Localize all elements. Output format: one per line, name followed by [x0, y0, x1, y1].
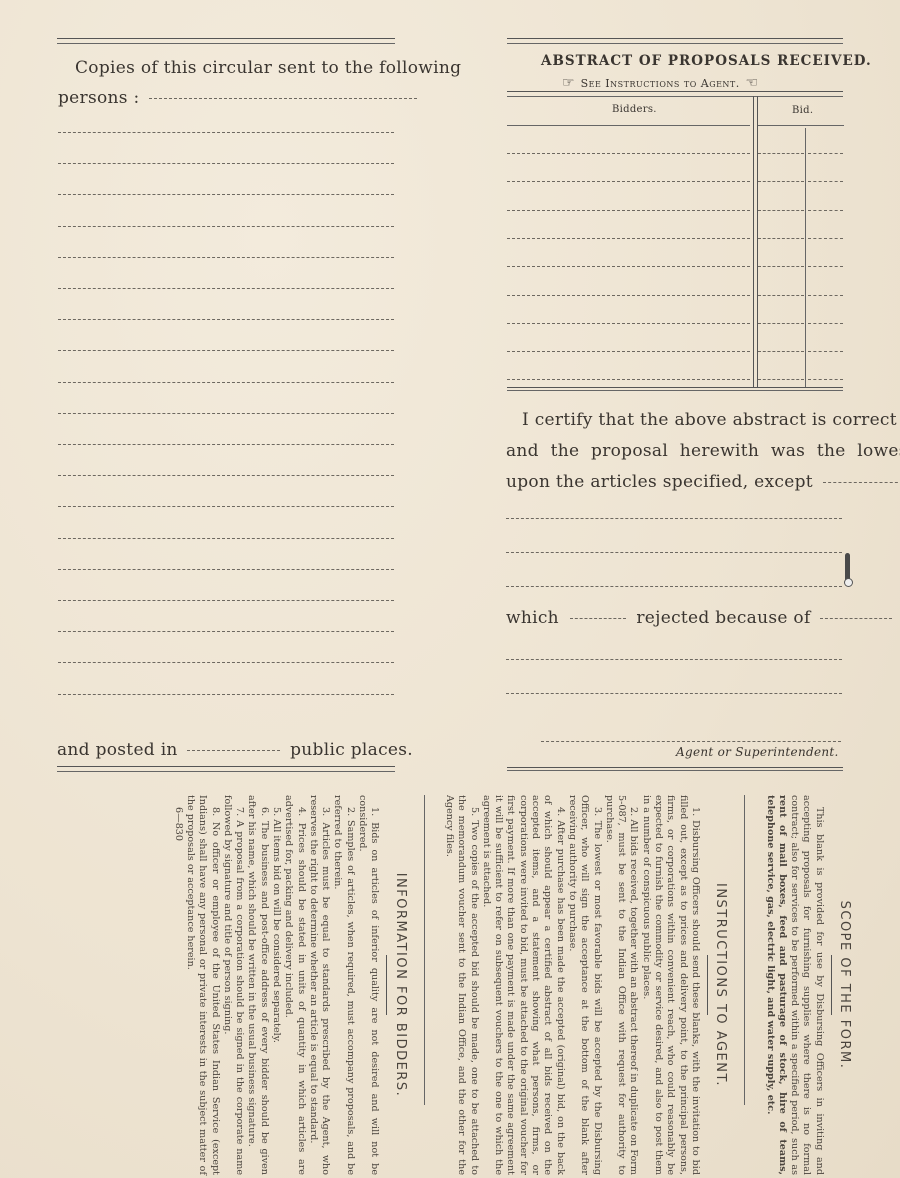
- bid-dollars-line[interactable]: [758, 210, 804, 211]
- bidder-info-item: 3. Articles must be equal to standards p…: [307, 795, 332, 1175]
- instruction-item: 2. All bids received, together with an a…: [603, 795, 640, 1175]
- copies-heading: Copies of this circular sent to the foll…: [75, 58, 461, 78]
- table-top-rule: [507, 91, 843, 97]
- top-rule-left: [57, 38, 395, 44]
- instruction-item: 3. The lowest or most favorable bids wil…: [566, 795, 603, 1175]
- bid-dollars-line[interactable]: [758, 181, 804, 182]
- bidder-info-item: 5. All items bid on will be considered s…: [270, 795, 282, 1175]
- except-line-2[interactable]: [506, 518, 842, 519]
- instruction-item: 5. Two copies of the accepted bid should…: [443, 795, 480, 1175]
- header-underline-bid: [758, 125, 844, 126]
- bidder-entry-line[interactable]: [507, 210, 750, 211]
- bidder-entry-line[interactable]: [507, 295, 750, 296]
- signature-line[interactable]: [541, 741, 841, 742]
- see-instructions-text: See Instructions to Agent.: [581, 77, 740, 90]
- bid-cents-line[interactable]: [808, 210, 843, 211]
- bid-cents-line[interactable]: [808, 351, 843, 352]
- signature-label: Agent or Superintendent.: [676, 745, 839, 759]
- scope-title: SCOPE OF THE FORM.: [838, 795, 850, 1175]
- bidder-info-item: 2. Samples of articles, when required, m…: [331, 795, 356, 1175]
- bidder-info-item: 7. A proposal from a corporation should …: [221, 795, 246, 1175]
- persons-blank-line[interactable]: [58, 538, 394, 539]
- instruction-item: 1. Disbursing Officers should send these…: [639, 795, 700, 1175]
- bidder-entry-line[interactable]: [507, 238, 750, 239]
- bidder-info-item: 8. No officer or employee of the United …: [184, 795, 221, 1175]
- persons-field[interactable]: [149, 98, 417, 99]
- header-underline-bidders: [507, 125, 750, 126]
- except-line-4[interactable]: [506, 586, 842, 587]
- bid-dollars-line[interactable]: [758, 153, 804, 154]
- form-number: 6—830: [171, 795, 183, 1175]
- posted-line: and posted in public places.: [57, 740, 413, 760]
- except-line-3[interactable]: [506, 552, 842, 553]
- document-page: Copies of this circular sent to the foll…: [0, 0, 900, 1178]
- except-field[interactable]: [823, 482, 900, 483]
- instructions-rule: [707, 955, 708, 1015]
- bidder-info-item: 4. Prices should be stated in units of q…: [282, 795, 307, 1175]
- bidder-info-item: 1. Bids on articles of inferior quality …: [356, 795, 381, 1175]
- persons-blank-line[interactable]: [58, 662, 394, 663]
- pointing-hand-right-icon: ☞: [562, 75, 575, 91]
- bid-cents-line[interactable]: [808, 238, 843, 239]
- persons-blank-line[interactable]: [58, 600, 394, 601]
- bidders-info-rule: [386, 955, 387, 1015]
- bid-cents-line[interactable]: [808, 266, 843, 267]
- persons-blank-line[interactable]: [58, 413, 394, 414]
- table-bottom-rule: [507, 387, 843, 391]
- persons-blank-line[interactable]: [58, 163, 394, 164]
- instructions-list: 1. Disbursing Officers should send these…: [443, 795, 701, 1175]
- top-rule-right: [507, 38, 843, 44]
- instructions-section: INSTRUCTIONS TO AGENT. 1. Disbursing Off…: [443, 795, 727, 1175]
- scope-body: This blank is provided for use by Disbur…: [763, 795, 824, 1175]
- bid-dollars-line[interactable]: [758, 379, 804, 380]
- bid-dollars-line[interactable]: [758, 238, 804, 239]
- bid-subdivider: [805, 128, 806, 388]
- abstract-title: ABSTRACT OF PROPOSALS RECEIVED.: [541, 53, 872, 69]
- bid-cents-line[interactable]: [808, 295, 843, 296]
- reason-line-2[interactable]: [506, 659, 842, 660]
- bid-cents-line[interactable]: [808, 181, 843, 182]
- which-line: which rejected because of: [506, 608, 892, 628]
- bidder-info-item: 6. The business and post-office address …: [245, 795, 270, 1175]
- persons-blank-line[interactable]: [58, 569, 394, 570]
- persons-blank-line[interactable]: [58, 382, 394, 383]
- persons-blank-line[interactable]: [58, 319, 394, 320]
- persons-blank-line[interactable]: [58, 288, 394, 289]
- rejected-reason-field[interactable]: [820, 618, 892, 619]
- bid-dollars-line[interactable]: [758, 351, 804, 352]
- abstract-subtitle: ☞ See Instructions to Agent. ☜: [562, 72, 758, 92]
- bidders-info-section: INFORMATION FOR BIDDERS. 1. Bids on arti…: [171, 795, 405, 1175]
- bid-cents-line[interactable]: [808, 323, 843, 324]
- instructions-title: INSTRUCTIONS TO AGENT.: [714, 795, 726, 1175]
- persons-blank-line[interactable]: [58, 132, 394, 133]
- certify-line-1: I certify that the above abstract is cor…: [522, 410, 897, 430]
- instruction-item: 4. After purchase has been made the acce…: [480, 795, 566, 1175]
- section-separator: [744, 795, 745, 1105]
- posted-before: and posted in: [57, 740, 178, 760]
- bid-dollars-line[interactable]: [758, 295, 804, 296]
- certify-line-3-text: upon the articles specified, except: [506, 472, 813, 492]
- bidders-bid-divider: [753, 96, 758, 388]
- persons-blank-line[interactable]: [58, 194, 394, 195]
- public-places-count-field[interactable]: [187, 750, 280, 751]
- bidders-column-header: Bidders.: [612, 104, 657, 115]
- posted-after: public places.: [290, 740, 413, 760]
- persons-label: persons :: [58, 88, 417, 108]
- bid-dollars-line[interactable]: [758, 323, 804, 324]
- bidders-info-list: 1. Bids on articles of inferior quality …: [184, 795, 381, 1175]
- scope-body-bold: rent of mail boxes, feed and pasturage o…: [765, 795, 788, 1175]
- bidder-entry-line[interactable]: [507, 266, 750, 267]
- which-text: which: [506, 608, 559, 628]
- persons-blank-line[interactable]: [58, 350, 394, 351]
- bid-cents-line[interactable]: [808, 379, 843, 380]
- paper-clip-icon: [845, 553, 850, 583]
- persons-blank-line[interactable]: [58, 475, 394, 476]
- bid-column-header: Bid.: [792, 105, 813, 116]
- pointing-hand-left-icon: ☜: [746, 75, 759, 91]
- persons-blank-line[interactable]: [58, 631, 394, 632]
- persons-blank-line[interactable]: [58, 257, 394, 258]
- persons-blank-line[interactable]: [58, 694, 394, 695]
- bid-dollars-line[interactable]: [758, 266, 804, 267]
- which-field[interactable]: [570, 618, 626, 619]
- scope-rule: [831, 955, 832, 1015]
- bid-cents-line[interactable]: [808, 153, 843, 154]
- bidders-info-title: INFORMATION FOR BIDDERS.: [393, 795, 405, 1175]
- bidder-entry-line[interactable]: [507, 153, 750, 154]
- persons-blank-line[interactable]: [58, 226, 394, 227]
- section-separator: [424, 795, 425, 1105]
- persons-blank-line[interactable]: [58, 444, 394, 445]
- bidder-entry-line[interactable]: [507, 323, 750, 324]
- persons-blank-line[interactable]: [58, 506, 394, 507]
- certify-line-3: upon the articles specified, except: [506, 472, 900, 492]
- bottom-rule-right: [507, 767, 843, 771]
- persons-text: persons :: [58, 88, 140, 108]
- certify-line-2: and the proposal herewith was the lowest: [506, 441, 900, 461]
- scope-body-text: This blank is provided for use by Disbur…: [789, 795, 825, 1175]
- rotated-instructions-block: SCOPE OF THE FORM. This blank is provide…: [153, 795, 850, 1175]
- bidder-entry-line[interactable]: [507, 181, 750, 182]
- bidder-entry-line[interactable]: [507, 351, 750, 352]
- bidder-entry-line[interactable]: [507, 379, 750, 380]
- bottom-rule-left: [57, 766, 395, 772]
- scope-section: SCOPE OF THE FORM. This blank is provide…: [763, 795, 850, 1175]
- rejected-text: rejected because of: [636, 608, 810, 628]
- reason-line-3[interactable]: [506, 693, 842, 694]
